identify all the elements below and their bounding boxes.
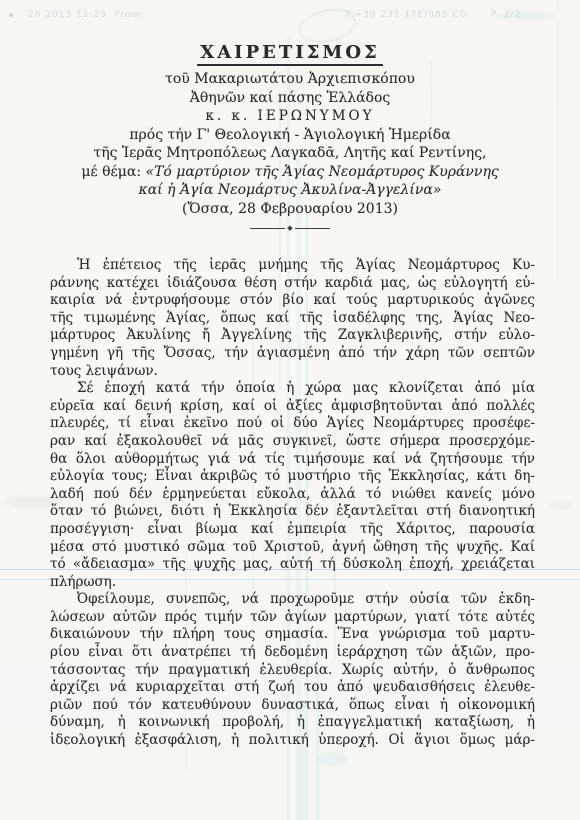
scan-smudge [496, 12, 556, 20]
theme-line-2: καί ἡ Ἁγία Νεομάρτυς Ἀκυλίνα-Ἀγγελίνα» [0, 181, 580, 200]
event-line: πρός τήν Γ' Θεολογική - Ἁγιολογική Ἡμερί… [0, 126, 580, 145]
scan-smudge [548, 500, 574, 510]
text-line: προσέγγιση· εἶναι βίωμα καί ἐμπειρία τῆς… [50, 521, 535, 539]
metropolis-line: τῆς Ἱερᾶς Μητροπόλεως Λαγκαδᾶ, Λητῆς καί… [0, 144, 580, 163]
author-line-2: Ἀθηνῶν καί πάσης Ἑλλάδος [0, 89, 580, 108]
text-line: ριῶν πού τόν κατευθύνουν δυναστικά, ὅπως… [50, 697, 535, 715]
text-line: δύναμη, ἡ κοινωνική προβολή, ἡ ἐπαγγελμα… [50, 714, 535, 732]
text-line: μέσα στό μυστικό σῶμα τοῦ Χριστοῦ, ἁγνή … [50, 539, 535, 557]
document-header: ΧΑΙΡΕΤΙΣΜΟΣ τοῦ Μακαριωτάτου Ἀρχιεπισκόπ… [0, 42, 580, 232]
scan-smudge [318, 752, 348, 766]
scanned-document-page: 28 2013 11:29 From: T:+30 231 1TE/085 CO… [0, 0, 580, 820]
archbishop-name: κ. κ. ΙΕΡΩΝΥΜΟΥ [0, 107, 580, 126]
text-line: ράννης κατέχει ἰδιάζουσα θέση στήν καρδι… [50, 275, 535, 293]
divider-bar-left [250, 228, 285, 230]
text-line: τάσσοντας τήν πραγματική ἐλευθερία. Χωρί… [50, 662, 535, 680]
text-line: δικαιώνουν τήν πλήρη τους σημασία. Ἕνα γ… [50, 626, 535, 644]
divider-bar-right [295, 228, 330, 230]
text-line: εὐλογία τους; Εἶναι ἀκριβῶς τό μυστήριο … [50, 468, 535, 486]
theme-quote-1: «Τό μαρτύριον τῆς Ἁγίας Νεομάρτυρος Κυρά… [146, 164, 499, 180]
text-line: πλήρωση. [50, 574, 535, 592]
scan-dot-artifact [9, 13, 13, 17]
text-line: ἰδεολογική ἐξασφάλιση, ἡ πολιτική ὑπεροχ… [50, 732, 535, 750]
text-line: Ἡ ἐπέτειος τῆς ἱερᾶς μνήμης τῆς Ἁγίας Νε… [50, 257, 535, 275]
divider-ornament: ◆ [0, 225, 580, 232]
text-line: ὅταν τό βιώνει, διότι ἡ Ἐκκλησία δέν ἐξα… [50, 503, 535, 521]
text-line: ἀρχίζει νά κυριαρχεῖται στή ζωή του ἀπό … [50, 679, 535, 697]
text-line: λώσεων αὐτῶν πρός τιμήν τῶν ἁγίων μαρτύρ… [50, 609, 535, 627]
theme-prefix: μέ θέμα: [81, 164, 145, 180]
text-line: πλευρές, τί εἶναι ἐκεῖνο πού οἱ δύο Ἁγίε… [50, 415, 535, 433]
text-line: ραν καί ἐξακολουθεῖ νά μᾶς συγκινεῖ, ὥστ… [50, 433, 535, 451]
document-title: ΧΑΙΡΕΤΙΣΜΟΣ [197, 42, 382, 66]
scan-scribble-artifact [296, 6, 358, 46]
text-line: θα ὅλοι αὐθορμήτως γιά νά τίς τιμήσουμε … [50, 451, 535, 469]
author-line-1: τοῦ Μακαριωτάτου Ἀρχιεπισκόπου [0, 70, 580, 89]
text-line: μάρτυρος Ἀκυλίνης ἤ Ἀγγελίνης τῆς Ζαγκλι… [50, 327, 535, 345]
text-line: ρίου εἶναι ὅτι ἀνατρέπει τή δεδομένη ἱερ… [50, 644, 535, 662]
text-line: καιρία νά ἐντρυφήσουμε στόν βίο καί τούς… [50, 292, 535, 310]
text-line: τους λειψάνων. [50, 363, 535, 381]
date-line: (Ὄσσα, 28 Φεβρουαρίου 2013) [0, 200, 580, 219]
theme-line-1: μέ θέμα: «Τό μαρτύριον τῆς Ἁγίας Νεομάρτ… [0, 163, 580, 182]
paragraph: Σέ ἐποχή κατά τήν ὁποία ἡ χώρα μας κλονί… [50, 380, 535, 591]
text-line: Σέ ἐποχή κατά τήν ὁποία ἡ χώρα μας κλονί… [50, 380, 535, 398]
text-line: λαδή πού δέν ἑρμηνεύεται εὔκολα, ἀλλά τό… [50, 486, 535, 504]
paragraph: Ὀφείλουμε, συνεπῶς, νά προχωροῦμε στήν ο… [50, 591, 535, 749]
fax-header-left: 28 2013 11:29 From: [28, 10, 145, 20]
paragraph: Ἡ ἐπέτειος τῆς ἱερᾶς μνήμης τῆς Ἁγίας Νε… [50, 257, 535, 380]
text-line: τῆς τιμωμένης Ἁγίας, ὅπως καί τῆς ἰσαδέλ… [50, 310, 535, 328]
diamond-icon: ◆ [287, 225, 292, 232]
body-text: Ἡ ἐπέτειος τῆς ἱερᾶς μνήμης τῆς Ἁγίας Νε… [50, 257, 535, 750]
text-line: εὐρεῖα καί δεινή κρίση, καί οἱ ἀξίες ἀμφ… [50, 398, 535, 416]
text-line: Ὀφείλουμε, συνεπῶς, νά προχωροῦμε στήν ο… [50, 591, 535, 609]
text-line: τό «ἄδειασμα» τῆς ψυχῆς μας, αὐτή τή δύσ… [50, 556, 535, 574]
fax-header-right: T:+30 231 1TE/085 CO P. 2/2 [345, 10, 521, 20]
text-line: γημένη γῆ τῆς Ὄσσας, τήν ἁγιασμένη ἀπό τ… [50, 345, 535, 363]
